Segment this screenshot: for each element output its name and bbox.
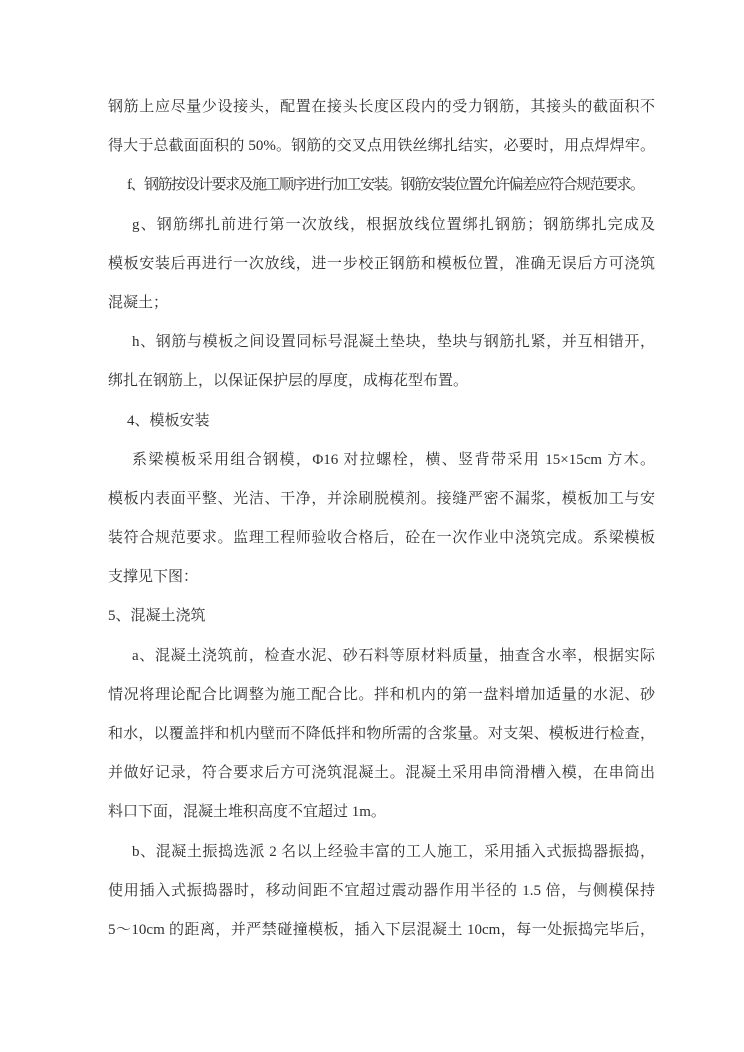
- text-line: 得大于总截面面积的 50%。钢筋的交叉点用铁丝绑扎结实，必要时，用点焊焊牢。: [108, 127, 655, 166]
- text-line: 模板安装后再进行一次放线，进一步校正钢筋和模板位置，准确无误后方可浇筑: [108, 245, 655, 284]
- text-line: 混凝土；: [108, 284, 655, 323]
- text-line: 5、混凝土浇筑: [108, 597, 655, 636]
- document-page: 钢筋上应尽量少设接头，配置在接头长度区段内的受力钢筋，其接头的截面积不得大于总截…: [0, 0, 744, 1052]
- text-line: h、钢筋与模板之间设置同标号混凝土垫块，垫块与钢筋扎紧，并互相错开，: [108, 323, 655, 362]
- text-line: b、混凝土振捣选派 2 名以上经验丰富的工人施工，采用插入式振捣器振捣，: [108, 833, 655, 872]
- text-line: 系梁模板采用组合钢模，Φ16 对拉螺栓，横、竖背带采用 15×15cm 方木。: [108, 441, 655, 480]
- text-line: 料口下面，混凝土堆积高度不宜超过 1m。: [108, 793, 655, 832]
- text-line: g、钢筋绑扎前进行第一次放线，根据放线位置绑扎钢筋；钢筋绑扎完成及: [108, 206, 655, 245]
- text-line: 5～10cm 的距离，并严禁碰撞模板，插入下层混凝土 10cm，每一处振捣完毕后…: [108, 911, 655, 950]
- text-line: 钢筋上应尽量少设接头，配置在接头长度区段内的受力钢筋，其接头的截面积不: [108, 88, 655, 127]
- page-content: 钢筋上应尽量少设接头，配置在接头长度区段内的受力钢筋，其接头的截面积不得大于总截…: [108, 88, 655, 950]
- text-line: 支撑见下图：: [108, 558, 655, 597]
- text-line: 模板内表面平整、光洁、干净，并涂刷脱模剂。接缝严密不漏浆，模板加工与安: [108, 480, 655, 519]
- text-line: 和水，以覆盖拌和机内壁而不降低拌和物所需的含浆量。对支架、模板进行检查，: [108, 715, 655, 754]
- text-line: 绑扎在钢筋上，以保证保护层的厚度，成梅花型布置。: [108, 362, 655, 401]
- text-line: 并做好记录，符合要求后方可浇筑混凝土。混凝土采用串筒滑槽入模，在串筒出: [108, 754, 655, 793]
- text-line: f、钢筋按设计要求及施工顺序进行加工安装。钢筋安装位置允许偏差应符合规范要求。: [108, 166, 655, 205]
- text-line: 使用插入式振捣器时，移动间距不宜超过震动器作用半径的 1.5 倍，与侧模保持: [108, 872, 655, 911]
- text-line: 情况将理论配合比调整为施工配合比。拌和机内的第一盘料增加适量的水泥、砂: [108, 676, 655, 715]
- text-line: 4、模板安装: [108, 402, 655, 441]
- text-line: a、混凝土浇筑前，检查水泥、砂石料等原材料质量，抽查含水率，根据实际: [108, 637, 655, 676]
- text-line: 装符合规范要求。监理工程师验收合格后，砼在一次作业中浇筑完成。系梁模板: [108, 519, 655, 558]
